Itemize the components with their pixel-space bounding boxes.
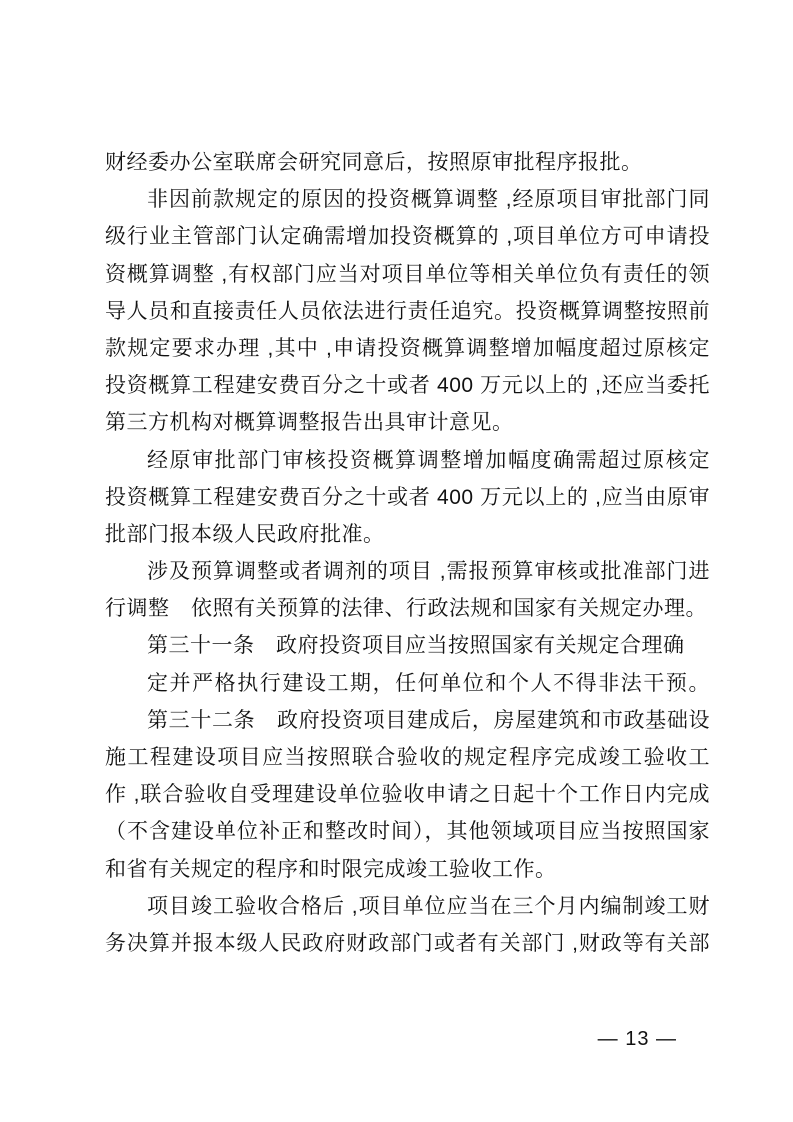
text-line: 第三方机构对概算调整报告出具审计意见。 <box>105 404 710 441</box>
document-page: 财经委办公室联席会研究同意后，按照原审批程序报批。非因前款规定的原因的投资概算调… <box>0 0 793 1122</box>
text-line: 导人员和直接责任人员依法进行责任追究。投资概算调整按照前 <box>105 293 710 330</box>
text-line: 涉及预算调整或者调剂的项目 ,需报预算审核或批准部门进 <box>105 553 710 590</box>
text-line: 批部门报本级人民政府批准。 <box>105 516 710 553</box>
text-line: 款规定要求办理 ,其中 ,申请投资概算调整增加幅度超过原核定 <box>105 330 710 367</box>
text-line: （不含建设单位补正和整改时间），其他领域项目应当按照国家 <box>105 813 710 850</box>
text-line: 第三十二条 政府投资项目建成后，房屋建筑和市政基础设 <box>105 702 710 739</box>
text-line: 定并严格执行建设工期，任何单位和个人不得非法干预。 <box>105 665 710 702</box>
text-line: 项目竣工验收合格后 ,项目单位应当在三个月内编制竣工财 <box>105 888 710 925</box>
text-line: 和省有关规定的程序和时限完成竣工验收工作。 <box>105 851 710 888</box>
text-line: 行调整 依照有关预算的法律、行政法规和国家有关规定办理。 <box>105 590 710 627</box>
text-line: 施工程建设项目应当按照联合验收的规定程序完成竣工验收工 <box>105 739 710 776</box>
text-line: 投资概算工程建安费百分之十或者 400 万元以上的 ,应当由原审 <box>105 479 710 516</box>
text-line: 级行业主管部门认定确需增加投资概算的 ,项目单位方可申请投 <box>105 218 710 255</box>
text-line: 经原审批部门审核投资概算调整增加幅度确需超过原核定 <box>105 442 710 479</box>
text-line: 务决算并报本级人民政府财政部门或者有关部门 ,财政等有关部 <box>105 925 710 962</box>
text-line: 资概算调整 ,有权部门应当对项目单位等相关单位负有责任的领 <box>105 256 710 293</box>
page-number: — 13 — <box>598 1026 677 1052</box>
text-line: 财经委办公室联席会研究同意后，按照原审批程序报批。 <box>105 144 710 181</box>
document-body: 财经委办公室联席会研究同意后，按照原审批程序报批。非因前款规定的原因的投资概算调… <box>105 144 710 962</box>
text-line: 非因前款规定的原因的投资概算调整 ,经原项目审批部门同 <box>105 181 710 218</box>
text-line: 投资概算工程建安费百分之十或者 400 万元以上的 ,还应当委托 <box>105 367 710 404</box>
text-line: 作 ,联合验收自受理建设单位验收申请之日起十个工作日内完成 <box>105 776 710 813</box>
text-line: 第三十一条 政府投资项目应当按照国家有关规定合理确 <box>105 627 710 664</box>
